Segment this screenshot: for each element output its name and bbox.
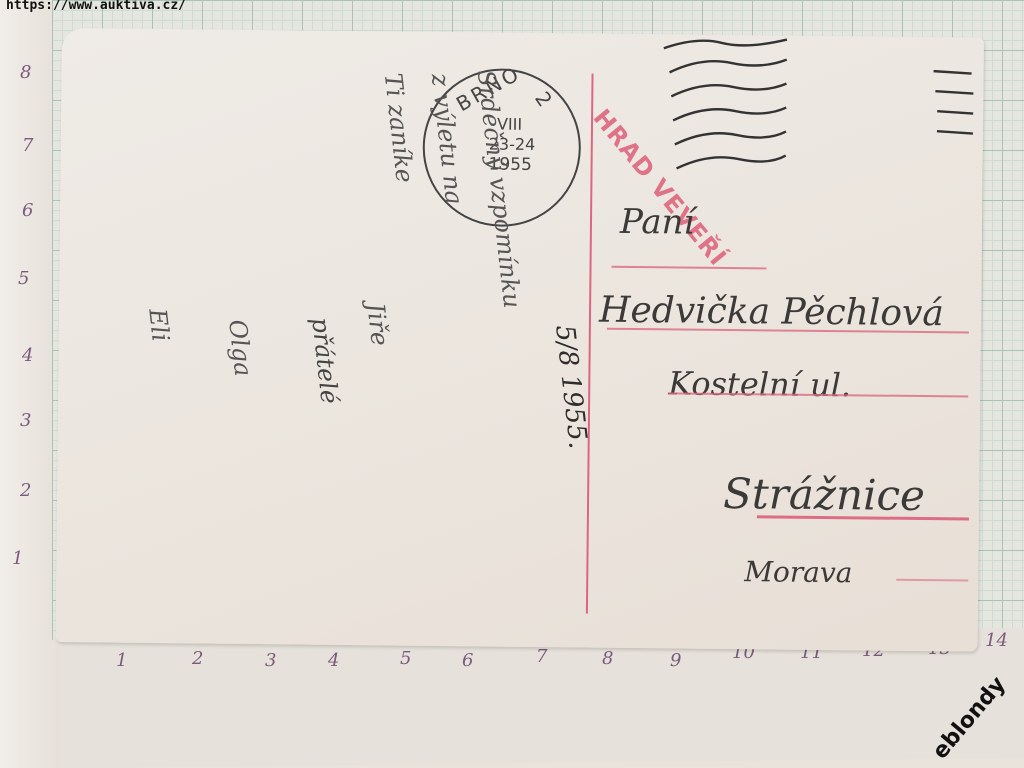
ruler-v-4: 4 [22, 345, 33, 366]
ruler-v-3: 3 [20, 410, 31, 431]
ruler-v-1: 1 [12, 548, 23, 569]
ruler-v-5: 5 [18, 268, 29, 289]
message-signature-1: Olga [223, 318, 257, 378]
address-city: Strážnice [723, 469, 925, 520]
ruler-h-2: 2 [192, 648, 203, 669]
message-line-4: přátelé [306, 316, 344, 405]
ruler-h-7: 7 [536, 646, 547, 667]
ruler-h-5: 5 [400, 648, 411, 669]
postmark-office: 2 [530, 87, 557, 111]
ruler-h-1: 1 [116, 650, 127, 671]
wavy-cancellation-edge-icon [931, 65, 982, 156]
ruler-v-6: 6 [22, 200, 33, 221]
ruler-h-8: 8 [602, 648, 613, 669]
ruler-h-14: 14 [985, 630, 1008, 651]
background-left [0, 0, 60, 768]
address-region: Morava [744, 555, 852, 589]
address-street: Kostelní ul. [668, 364, 851, 404]
postcard-center-divider [586, 74, 594, 614]
message-signature-2: Eli [143, 307, 174, 343]
source-url: https://www.auktiva.cz/ [6, 0, 186, 13]
message-line-0: Ti zaníke [379, 72, 419, 185]
message-line-3: Jiře [361, 301, 394, 347]
ruler-h-9: 9 [670, 650, 681, 671]
address-underline-1 [612, 266, 767, 270]
address-underline-4 [757, 515, 969, 520]
address-underline-5 [896, 579, 968, 582]
ruler-v-7: 7 [22, 135, 33, 156]
ruler-v-2: 2 [20, 480, 31, 501]
ruler-h-6: 6 [462, 650, 473, 671]
ruler-h-4: 4 [328, 650, 339, 671]
postcard-back: BRNO 2 VIII 23-24 1955 HRAD VEVEŘÍ 5/8 1… [56, 28, 984, 652]
ruler-v-8: 8 [20, 62, 31, 83]
address-salutation: Paní [620, 202, 695, 243]
message-date: 5/8 1955. [549, 323, 593, 450]
ruler-h-3: 3 [265, 650, 276, 671]
wavy-cancellation-icon [660, 34, 792, 185]
